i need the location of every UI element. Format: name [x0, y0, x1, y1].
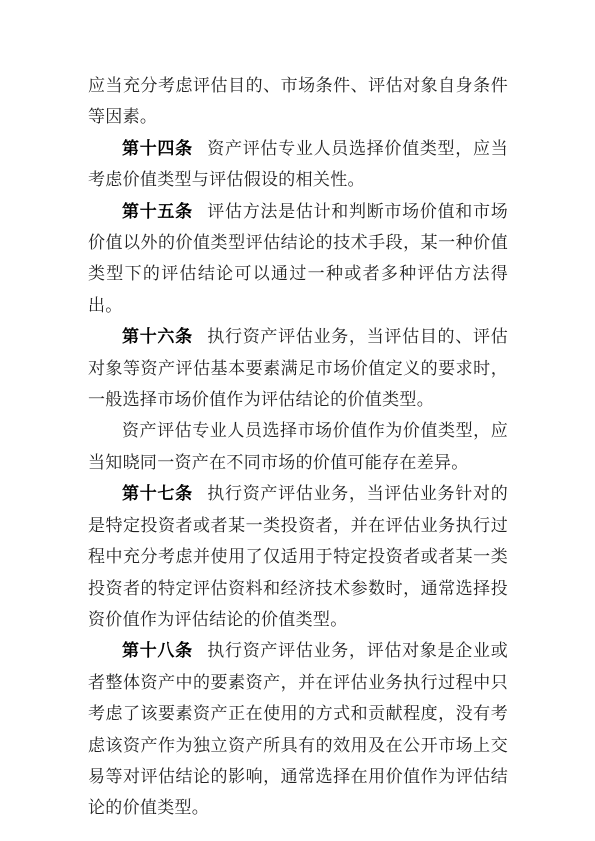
article-14-paragraph: 第十四条资产评估专业人员选择价值类型，应当考虑价值类型与评估假设的相关性。 — [88, 133, 508, 196]
continuation-paragraph: 应当充分考虑评估目的、市场条件、评估对象自身条件等因素。 — [88, 70, 508, 133]
paragraph-text: 应当充分考虑评估目的、市场条件、评估对象自身条件等因素。 — [88, 76, 508, 126]
article-14-number: 第十四条 — [122, 139, 193, 158]
paragraph-text: 执行资产评估业务，评估对象是企业或者整体资产中的要素资产，并在评估业务执行过程中… — [88, 641, 508, 817]
article-18-paragraph: 第十八条执行资产评估业务，评估对象是企业或者整体资产中的要素资产，并在评估业务执… — [88, 635, 508, 823]
document-page: 应当充分考虑评估目的、市场条件、评估对象自身条件等因素。 第十四条资产评估专业人… — [0, 0, 595, 841]
paragraph-text: 资产评估专业人员选择市场价值作为价值类型，应当知晓同一资产在不同市场的价值可能存… — [88, 421, 508, 471]
document-text-block: 应当充分考虑评估目的、市场条件、评估对象自身条件等因素。 第十四条资产评估专业人… — [88, 70, 508, 824]
article-17-paragraph: 第十七条执行资产评估业务，当评估业务针对的是特定投资者或者某一类投资者，并在评估… — [88, 478, 508, 635]
article-15-paragraph: 第十五条评估方法是估计和判断市场价值和市场价值以外的价值类型评估结论的技术手段，… — [88, 196, 508, 322]
article-17-number: 第十七条 — [122, 484, 193, 503]
article-16-paragraph: 第十六条执行资产评估业务，当评估目的、评估对象等资产评估基本要素满足市场价值定义… — [88, 321, 508, 415]
article-18-number: 第十八条 — [122, 641, 193, 660]
paragraph-text: 执行资产评估业务，当评估业务针对的是特定投资者或者某一类投资者，并在评估业务执行… — [88, 484, 508, 629]
article-15-number: 第十五条 — [122, 202, 193, 221]
article-16-second-paragraph: 资产评估专业人员选择市场价值作为价值类型，应当知晓同一资产在不同市场的价值可能存… — [88, 415, 508, 478]
article-16-number: 第十六条 — [122, 327, 193, 346]
